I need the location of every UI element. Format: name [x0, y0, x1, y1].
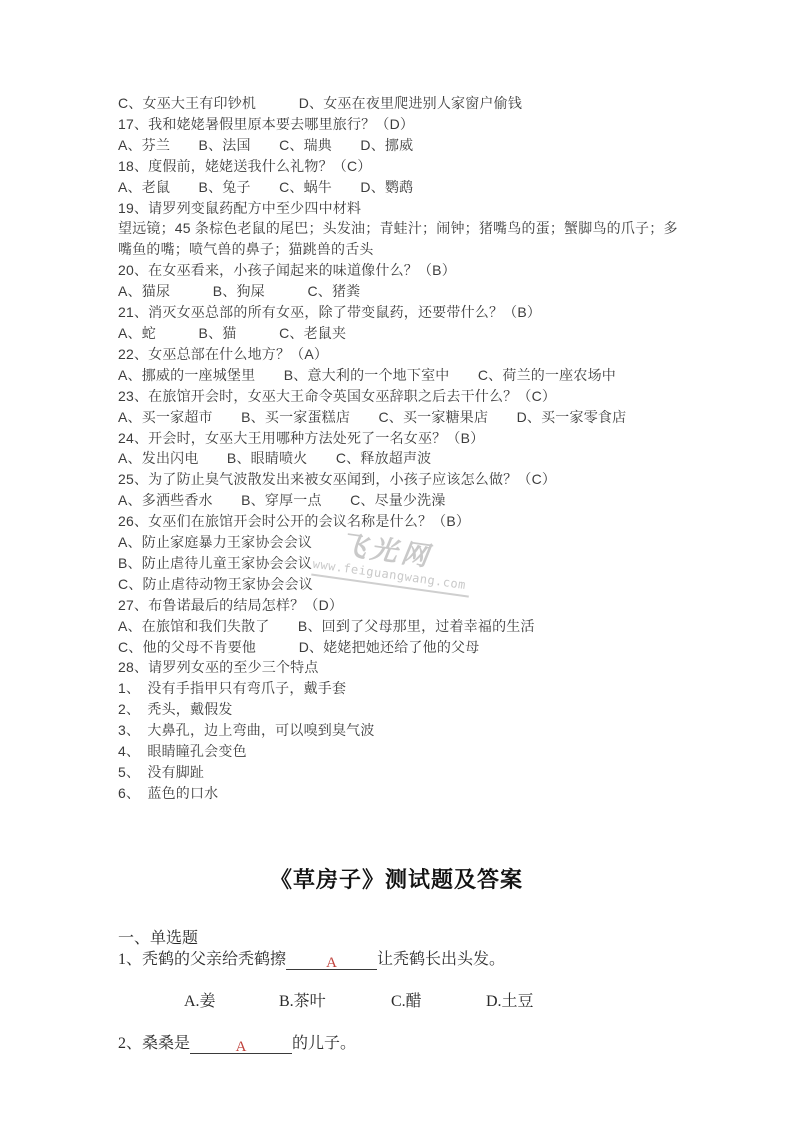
doc-line: 4、 眼睛瞳孔会变色 [118, 741, 688, 762]
answer-2: A [236, 1039, 247, 1055]
answer-1: A [326, 955, 337, 971]
doc-line: 24、开会时，女巫大王用哪种方法处死了一名女巫？（B） [118, 428, 688, 449]
doc-line: 18、度假前，姥姥送我什么礼物？（C） [118, 156, 688, 177]
answer-blank-1: A [286, 952, 377, 970]
question-1-text: 1、秃鹤的父亲给秃鹤擦 [118, 951, 286, 968]
subsection-heading: 一、单选题 [118, 928, 675, 949]
option-d: D.土豆 [486, 991, 534, 1012]
witches-quiz-section: C、女巫大王有印钞机 D、女巫在夜里爬进别人家窗户偷钱 17、我和姥姥暑假里原本… [118, 93, 688, 804]
doc-line: 2、 秃头，戴假发 [118, 699, 688, 720]
doc-line: C、女巫大王有印钞机 D、女巫在夜里爬进别人家窗户偷钱 [118, 93, 688, 114]
question-1-text-after: 让秃鹤长出头发。 [377, 951, 505, 968]
question-2: 2、桑桑是A的儿子。 [118, 1033, 675, 1054]
doc-line: 望远镜；45 条棕色老鼠的尾巴；头发油；青蛙汁；闹钟；猪嘴鸟的蛋；蟹脚鸟的爪子；… [118, 218, 688, 239]
doc-line: 28、请罗列女巫的至少三个特点 [118, 657, 688, 678]
section-title: 《草房子》测试题及答案 [118, 866, 675, 894]
document-page: { "colors": { "answer_red": "#c0423c", "… [0, 0, 793, 1122]
doc-line: 3、 大鼻孔，边上弯曲，可以嗅到臭气波 [118, 720, 688, 741]
doc-line: A、芬兰 B、法国 C、瑞典 D、挪威 [118, 135, 688, 156]
doc-line: 6、 蓝色的口水 [118, 783, 688, 804]
doc-line: 17、我和姥姥暑假里原本要去哪里旅行？（D） [118, 114, 688, 135]
question-1-options: A.姜B.茶叶C.醋D.土豆 [118, 970, 675, 1033]
doc-line: 1、 没有手指甲只有弯爪子，戴手套 [118, 678, 688, 699]
doc-line: 5、 没有脚趾 [118, 762, 688, 783]
option-b: B.茶叶 [279, 991, 391, 1012]
doc-line: 21、消灭女巫总部的所有女巫，除了带变鼠药，还要带什么？（B） [118, 302, 688, 323]
doc-line: A、发出闪电 B、眼睛喷火 C、释放超声波 [118, 448, 688, 469]
doc-line: 22、女巫总部在什么地方？（A） [118, 344, 688, 365]
doc-line: A、防止家庭暴力王家协会会议 [118, 532, 688, 553]
doc-line: 23、在旅馆开会时，女巫大王命令英国女巫辞职之后去干什么？（C） [118, 386, 688, 407]
doc-line: C、他的父母不肯要他 D、姥姥把她还给了他的父母 [118, 637, 688, 658]
doc-line: A、蛇 B、猫 C、老鼠夹 [118, 323, 688, 344]
question-1: 1、秃鹤的父亲给秃鹤擦A让秃鹤长出头发。 [118, 949, 675, 970]
doc-line: 25、为了防止臭气波散发出来被女巫闻到，小孩子应该怎么做？（C） [118, 469, 688, 490]
doc-line: C、防止虐待动物王家协会会议 [118, 574, 688, 595]
doc-line: A、多洒些香水 B、穿厚一点 C、尽量少洗澡 [118, 490, 688, 511]
question-2-text: 2、桑桑是 [118, 1035, 190, 1052]
doc-line: 19、请罗列变鼠药配方中至少四中材料 [118, 198, 688, 219]
option-c: C.醋 [391, 991, 486, 1012]
doc-line: A、买一家超市 B、买一家蛋糕店 C、买一家糖果店 D、买一家零食店 [118, 407, 688, 428]
doc-line: 嘴鱼的嘴；喷气兽的鼻子；猫跳兽的舌头 [118, 239, 688, 260]
doc-line: A、老鼠 B、兔子 C、蜗牛 D、鹦鹉 [118, 177, 688, 198]
doc-line: A、在旅馆和我们失散了 B、回到了父母那里，过着幸福的生活 [118, 616, 688, 637]
doc-line: A、挪威的一座城堡里 B、意大利的一个地下室中 C、荷兰的一座农场中 [118, 365, 688, 386]
doc-line: 27、布鲁诺最后的结局怎样？（D） [118, 595, 688, 616]
doc-line: A、猫尿 B、狗屎 C、猪粪 [118, 281, 688, 302]
doc-line: 20、在女巫看来，小孩子闻起来的味道像什么？（B） [118, 260, 688, 281]
caofangzi-section: 《草房子》测试题及答案 一、单选题 1、秃鹤的父亲给秃鹤擦A让秃鹤长出头发。 A… [118, 866, 675, 1054]
doc-line: B、防止虐待儿童王家协会会议 [118, 553, 688, 574]
doc-line: 26、女巫们在旅馆开会时公开的会议名称是什么？（B） [118, 511, 688, 532]
question-2-text-after: 的儿子。 [292, 1035, 356, 1052]
answer-blank-2: A [190, 1036, 292, 1054]
option-a: A.姜 [184, 991, 279, 1012]
